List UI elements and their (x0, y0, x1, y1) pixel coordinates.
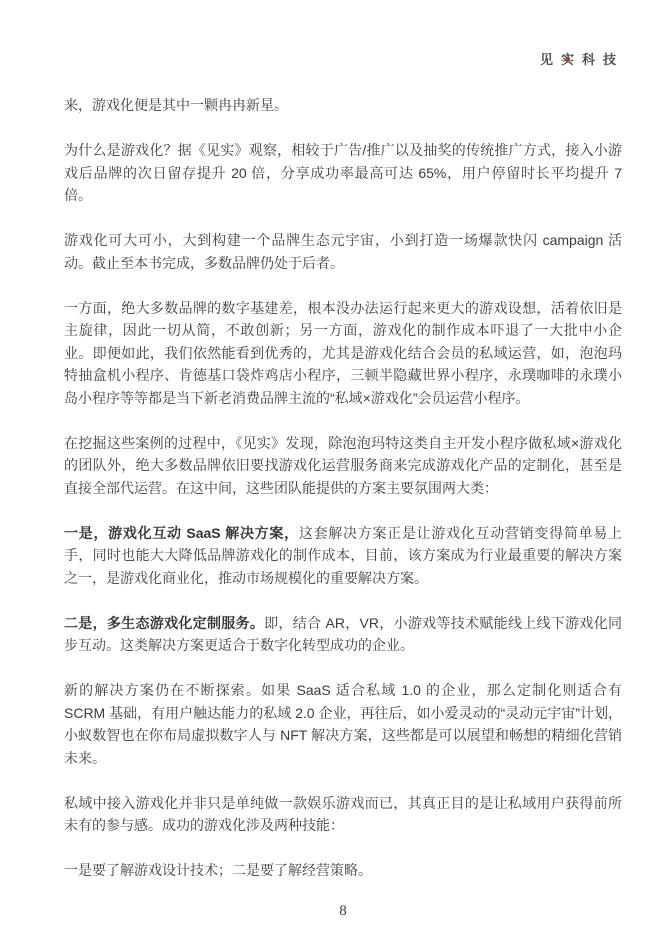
header: 见实科技 (64, 52, 622, 68)
paragraph-lead-bold: 一是，游戏化互动 SaaS 解决方案， (64, 525, 299, 541)
paragraph: 来，游戏化便是其中一颗冉冉新星。 (64, 94, 622, 117)
paragraph-text: 在挖掘这些案例的过程中，《见实》发现，除泡泡玛特这类自主开发小程序做私域×游戏化… (64, 435, 622, 496)
logo-char-accent: 实 (561, 52, 574, 68)
paragraph-text: 新的解决方案仍在不断探索。如果 SaaS 适合私域 1.0 的企业，那么定制化则… (64, 682, 622, 766)
paragraph: 游戏化可大可小，大到构建一个品牌生态元宇宙，小到打造一场爆款快闪 campaig… (64, 229, 622, 274)
logo-char: 科 (582, 52, 595, 68)
logo-char: 技 (603, 52, 616, 68)
paragraph: 为什么是游戏化？据《见实》观察，相较于广告/推广以及抽奖的传统推广方式，接入小游… (64, 139, 622, 207)
paragraph-text: 为什么是游戏化？据《见实》观察，相较于广告/推广以及抽奖的传统推广方式，接入小游… (64, 142, 622, 203)
document-body: 来，游戏化便是其中一颗冉冉新星。为什么是游戏化？据《见实》观察，相较于广告/推广… (64, 94, 622, 882)
paragraph-text: 游戏化可大可小，大到构建一个品牌生态元宇宙，小到打造一场爆款快闪 campaig… (64, 232, 622, 271)
paragraph: 私域中接入游戏化并非只是单纯做一款娱乐游戏而已，其真正目的是让私域用户获得前所未… (64, 792, 622, 837)
logo-char: 见 (540, 52, 553, 68)
paragraph: 一是要了解游戏设计技术；二是要了解经营策略。 (64, 859, 622, 882)
paragraph: 新的解决方案仍在不断探索。如果 SaaS 适合私域 1.0 的企业，那么定制化则… (64, 679, 622, 769)
paragraph-lead-bold: 二是，多生态游戏化定制服务。 (64, 615, 264, 631)
paragraph-text: 一方面，绝大多数品牌的数字基建差，根本没办法运行起来更大的游戏设想，活着依旧是主… (64, 300, 622, 406)
paragraph: 在挖掘这些案例的过程中，《见实》发现，除泡泡玛特这类自主开发小程序做私域×游戏化… (64, 432, 622, 500)
paragraph: 二是，多生态游戏化定制服务。即，结合 AR，VR，小游戏等技术赋能线上线下游戏化… (64, 612, 622, 657)
paragraph: 一方面，绝大多数品牌的数字基建差，根本没办法运行起来更大的游戏设想，活着依旧是主… (64, 297, 622, 410)
brand-logo: 见实科技 (540, 52, 616, 68)
paragraph: 一是，游戏化互动 SaaS 解决方案，这套解决方案正是让游戏化互动营销变得简单易… (64, 522, 622, 590)
document-page: 见实科技 来，游戏化便是其中一颗冉冉新星。为什么是游戏化？据《见实》观察，相较于… (0, 0, 660, 937)
paragraph-text: 一是要了解游戏设计技术；二是要了解经营策略。 (64, 862, 372, 878)
paragraph-text: 私域中接入游戏化并非只是单纯做一款娱乐游戏而已，其真正目的是让私域用户获得前所未… (64, 795, 622, 834)
paragraph-text: 来，游戏化便是其中一颗冉冉新星。 (64, 97, 288, 113)
page-number: 8 (64, 904, 622, 919)
